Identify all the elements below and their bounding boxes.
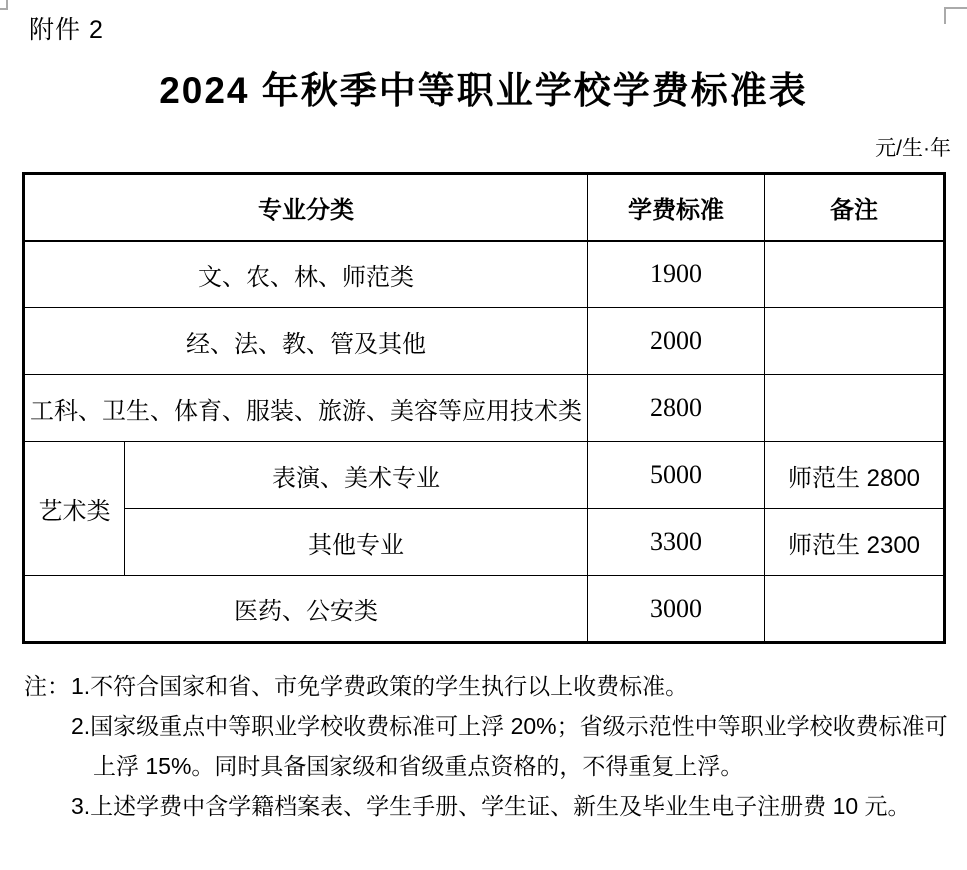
major-cell: 其他专业 — [125, 509, 588, 576]
page-corner-mark-top-right — [944, 7, 967, 24]
table-row: 其他专业 3300 师范生 2300 — [24, 509, 945, 576]
notes-section: 注： 1.不符合国家和省、市免学费政策的学生执行以上收费标准。 2.国家级重点中… — [24, 666, 958, 826]
column-header-tuition: 学费标准 — [588, 174, 765, 241]
note-item-1: 1.不符合国家和省、市免学费政策的学生执行以上收费标准。 — [71, 666, 958, 706]
note-item-3: 3.上述学费中含学籍档案表、学生手册、学生证、新生及毕业生电子注册费 10 元。 — [71, 786, 958, 826]
remark-cell — [765, 308, 945, 375]
tuition-cell: 2800 — [588, 375, 765, 442]
major-cell: 文、农、林、师范类 — [24, 241, 588, 308]
tuition-standard-table: 专业分类 学费标准 备注 文、农、林、师范类 1900 经、法、教、管及其他 2… — [22, 172, 946, 644]
tuition-cell: 3000 — [588, 576, 765, 643]
column-header-remark: 备注 — [765, 174, 945, 241]
notes-label: 注： — [24, 666, 71, 826]
remark-cell — [765, 375, 945, 442]
major-cell: 经、法、教、管及其他 — [24, 308, 588, 375]
tuition-cell: 1900 — [588, 241, 765, 308]
unit-label: 元/生·年 — [875, 132, 951, 162]
table-row: 文、农、林、师范类 1900 — [24, 241, 945, 308]
table-row: 医药、公安类 3000 — [24, 576, 945, 643]
column-header-major: 专业分类 — [24, 174, 588, 241]
page-title: 2024 年秋季中等职业学校学费标准表 — [0, 60, 967, 114]
art-group-cell: 艺术类 — [24, 442, 125, 576]
major-cell: 表演、美术专业 — [125, 442, 588, 509]
major-cell: 医药、公安类 — [24, 576, 588, 643]
remark-cell: 师范生 2800 — [765, 442, 945, 509]
tuition-cell: 2000 — [588, 308, 765, 375]
remark-cell — [765, 576, 945, 643]
notes-list: 1.不符合国家和省、市免学费政策的学生执行以上收费标准。 2.国家级重点中等职业… — [71, 666, 958, 826]
table-row: 艺术类 表演、美术专业 5000 师范生 2800 — [24, 442, 945, 509]
major-cell: 工科、卫生、体育、服装、旅游、美容等应用技术类 — [24, 375, 588, 442]
table-header-row: 专业分类 学费标准 备注 — [24, 174, 945, 241]
document-page: 附件 2 2024 年秋季中等职业学校学费标准表 元/生·年 专业分类 学费标准… — [0, 0, 967, 870]
remark-cell: 师范生 2300 — [765, 509, 945, 576]
attachment-label: 附件 2 — [29, 10, 104, 46]
tuition-cell: 5000 — [588, 442, 765, 509]
note-item-2: 2.国家级重点中等职业学校收费标准可上浮 20%；省级示范性中等职业学校收费标准… — [71, 706, 958, 786]
table-row: 经、法、教、管及其他 2000 — [24, 308, 945, 375]
tuition-cell: 3300 — [588, 509, 765, 576]
table-row: 工科、卫生、体育、服装、旅游、美容等应用技术类 2800 — [24, 375, 945, 442]
remark-cell — [765, 241, 945, 308]
page-corner-mark-top-left — [0, 0, 8, 10]
